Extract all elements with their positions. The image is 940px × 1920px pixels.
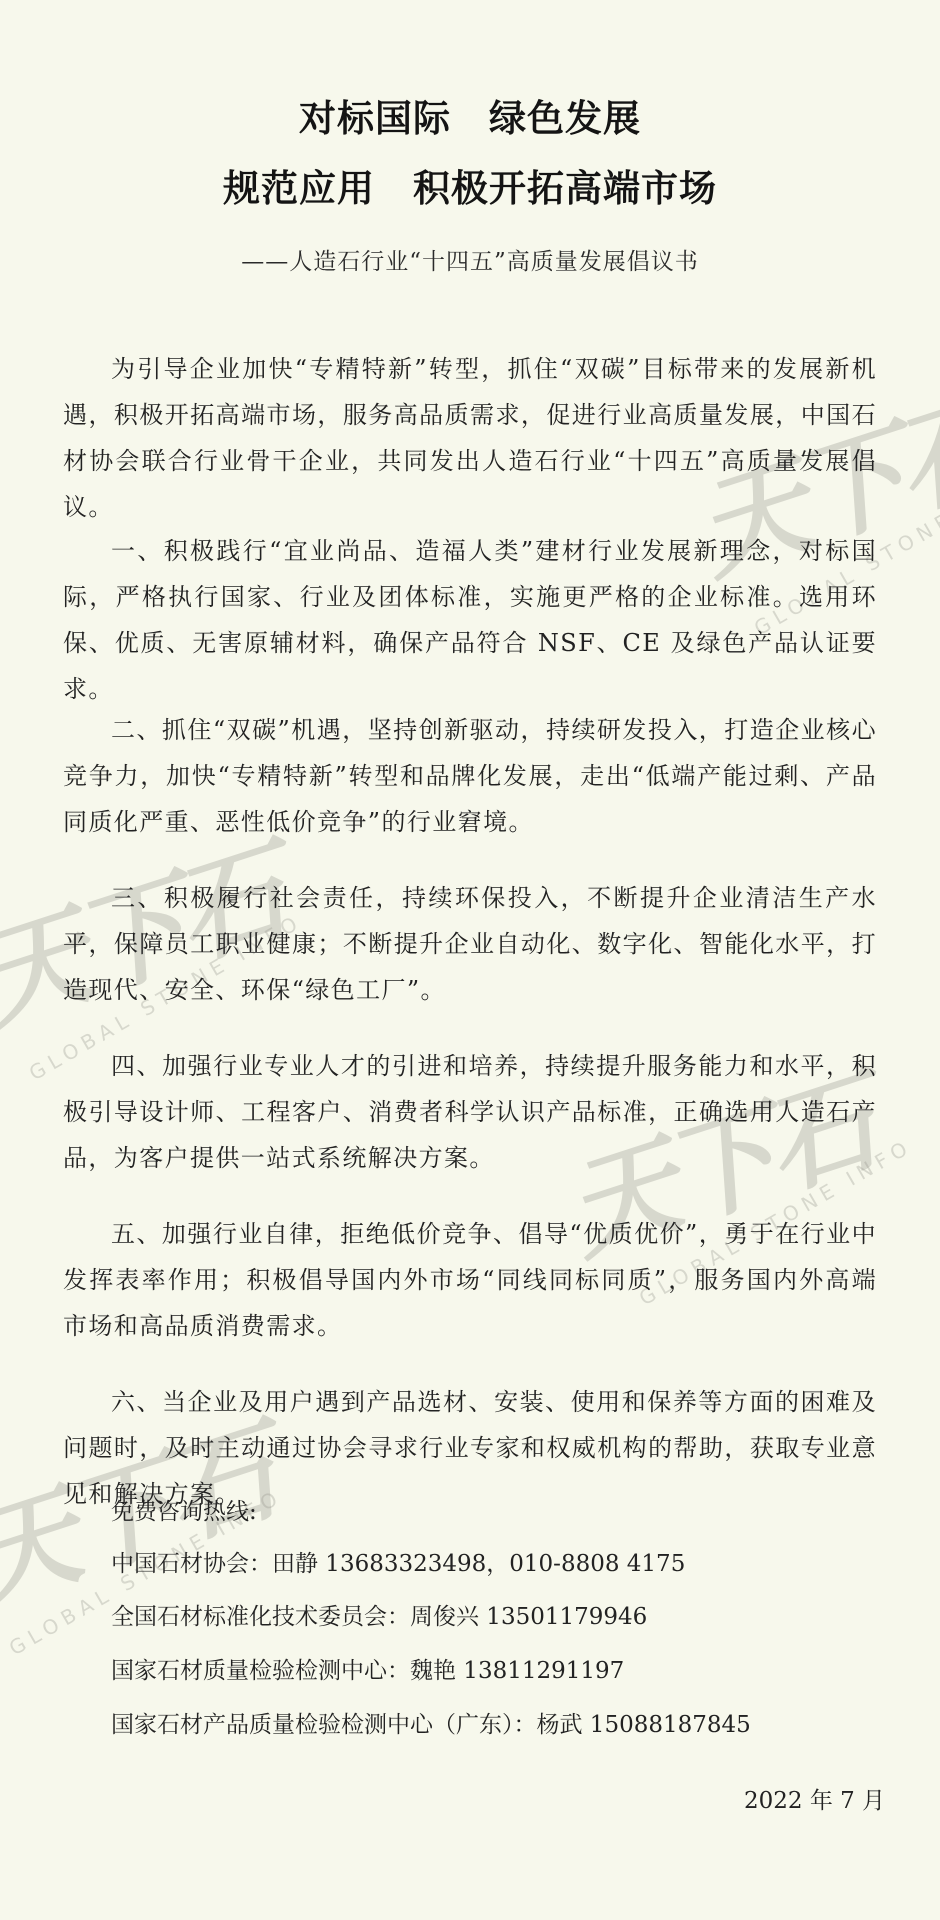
paragraph-text: 四、加强行业专业人才的引进和培养，持续提升服务能力和水平，积极引导设计师、工程客… (63, 1043, 877, 1181)
paragraph-text: 三、积极履行社会责任，持续环保投入，不断提升企业清洁生产水平，保障员工职业健康；… (63, 875, 877, 1013)
document-title-line-1: 对标国际 绿色发展 (0, 88, 940, 142)
hotline-heading: 免费咨询热线: (111, 1493, 257, 1526)
paragraph-text: 五、加强行业自律，拒绝低价竞争、倡导“优质优价”，勇于在行业中发挥表率作用；积极… (63, 1211, 877, 1349)
paragraph-text: 二、抓住“双碳”机遇，坚持创新驱动，持续研发投入，打造企业核心竞争力，加快“专精… (63, 707, 877, 845)
hotline-contact: 国家石材质量检验检测中心：魏艳 13811291197 (111, 1652, 624, 1685)
proposal-paragraph-4: 四、加强行业专业人才的引进和培养，持续提升服务能力和水平，积极引导设计师、工程客… (63, 1043, 877, 1181)
proposal-paragraph-1: 一、积极践行“宜业尚品、造福人类”建材行业发展新理念，对标国际，严格执行国家、行… (63, 528, 877, 712)
document-page: 天下石 GLOBAL STONE INFO 天下石 GLOBAL STONE I… (0, 0, 940, 1920)
document-title-line-2: 规范应用 积极开拓高端市场 (0, 158, 940, 212)
hotline-contact: 中国石材协会：田静 13683323498，010-8808 4175 (111, 1545, 685, 1578)
document-date: 2022 年 7 月 (744, 1782, 885, 1815)
proposal-paragraph-3: 三、积极履行社会责任，持续环保投入，不断提升企业清洁生产水平，保障员工职业健康；… (63, 875, 877, 1013)
proposal-paragraph-2: 二、抓住“双碳”机遇，坚持创新驱动，持续研发投入，打造企业核心竞争力，加快“专精… (63, 707, 877, 845)
hotline-contact: 国家石材产品质量检验检测中心（广东）：杨武 15088187845 (111, 1706, 751, 1739)
paragraph-text: 一、积极践行“宜业尚品、造福人类”建材行业发展新理念，对标国际，严格执行国家、行… (63, 528, 877, 712)
document-subtitle: ——人造石行业“十四五”高质量发展倡议书 (0, 243, 940, 276)
hotline-contact: 全国石材标准化技术委员会：周俊兴 13501179946 (111, 1598, 647, 1631)
proposal-paragraph-5: 五、加强行业自律，拒绝低价竞争、倡导“优质优价”，勇于在行业中发挥表率作用；积极… (63, 1211, 877, 1349)
paragraph-text: 为引导企业加快“专精特新”转型，抓住“双碳”目标带来的发展新机遇，积极开拓高端市… (63, 346, 877, 530)
intro-paragraph: 为引导企业加快“专精特新”转型，抓住“双碳”目标带来的发展新机遇，积极开拓高端市… (63, 346, 877, 530)
